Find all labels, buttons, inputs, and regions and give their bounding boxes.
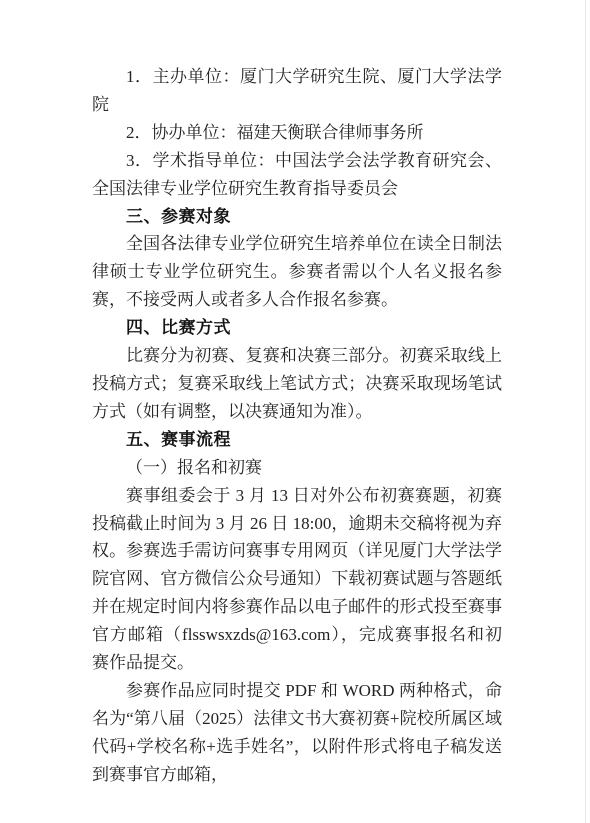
paragraph-participants: 全国各法律专业学位研究生培养单位在读全日制法律硕士专业学位研究生。参赛者需以个人…	[92, 230, 502, 314]
document-text-block: 1．主办单位：厦门大学研究生院、厦门大学法学院 2．协办单位：福建天衡联合律师事…	[92, 63, 502, 789]
subsection-heading-registration: （一）报名和初赛	[92, 454, 502, 482]
scanned-document-page: 1．主办单位：厦门大学研究生院、厦门大学法学院 2．协办单位：福建天衡联合律师事…	[0, 0, 590, 823]
paragraph-registration-details: 赛事组委会于 3 月 13 日对外公布初赛赛题，初赛投稿截止时间为 3 月 26…	[92, 482, 502, 677]
organizer-list-item-3: 3．学术指导单位：中国法学会法学教育研究会、全国法律专业学位研究生教育指导委员会	[92, 147, 502, 203]
paragraph-submission-format: 参赛作品应同时提交 PDF 和 WORD 两种格式，命名为“第八届（2025）法…	[92, 677, 502, 789]
section-heading-competition-mode: 四、比赛方式	[92, 314, 502, 342]
organizer-list-item-2: 2．协办单位：福建天衡联合律师事务所	[92, 119, 502, 147]
scan-edge-artifact	[585, 0, 586, 823]
section-heading-event-process: 五、赛事流程	[92, 426, 502, 454]
organizer-list-item-1: 1．主办单位：厦门大学研究生院、厦门大学法学院	[92, 63, 502, 119]
paragraph-competition-mode: 比赛分为初赛、复赛和决赛三部分。初赛采取线上投稿方式；复赛采取线上笔试方式；决赛…	[92, 342, 502, 426]
section-heading-participants: 三、参赛对象	[92, 203, 502, 231]
